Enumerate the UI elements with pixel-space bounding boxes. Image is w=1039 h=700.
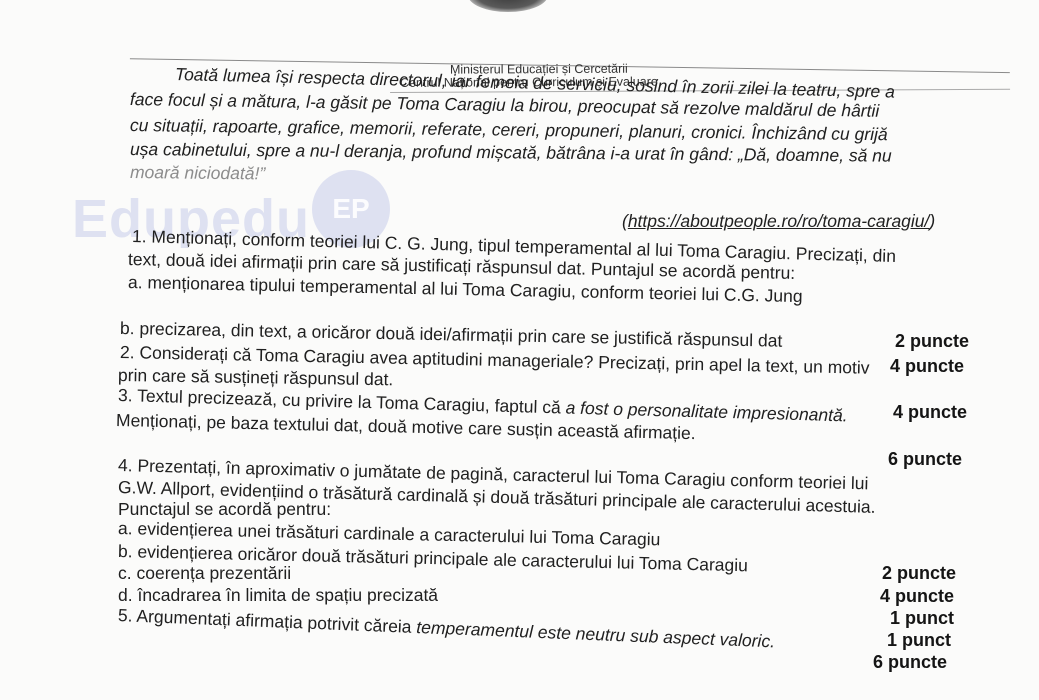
source-link[interactable]: https://aboutpeople.ro/ro/toma-caragiu/ — [628, 211, 930, 231]
exam-page: Edupedu EP Ministerul Educației și Cerce… — [0, 0, 1039, 700]
q2-points: 4 puncte — [893, 402, 967, 423]
q4-c-points: 1 punct — [890, 608, 954, 629]
q4-item-d: d. încadrarea în limita de spațiu preciz… — [118, 585, 438, 606]
q5-text: 5. Argumentați afirmația potrivit căreia — [118, 605, 417, 637]
q5-italic-text: temperamentul este neutru sub aspect val… — [416, 617, 775, 651]
q4-a-points: 2 puncte — [882, 563, 956, 584]
source-citation: (https://aboutpeople.ro/ro/toma-caragiu/… — [622, 211, 935, 232]
q3-points: 6 puncte — [888, 449, 962, 470]
excerpt-line-5: moară niciodată!” — [130, 162, 265, 184]
q5-points: 6 puncte — [873, 652, 947, 673]
q4-d-points: 1 punct — [887, 630, 951, 651]
q1-a-points: 2 puncte — [895, 331, 969, 352]
q4-line-3: Punctajul se acordă pentru: — [118, 499, 331, 520]
q5-line: 5. Argumentați afirmația potrivit căreia… — [118, 605, 776, 652]
q4-b-points: 4 puncte — [880, 586, 954, 607]
dark-spot — [468, 0, 548, 12]
q4-item-c: c. coerența prezentării — [118, 563, 291, 584]
q1-b-points: 4 puncte — [890, 356, 964, 377]
